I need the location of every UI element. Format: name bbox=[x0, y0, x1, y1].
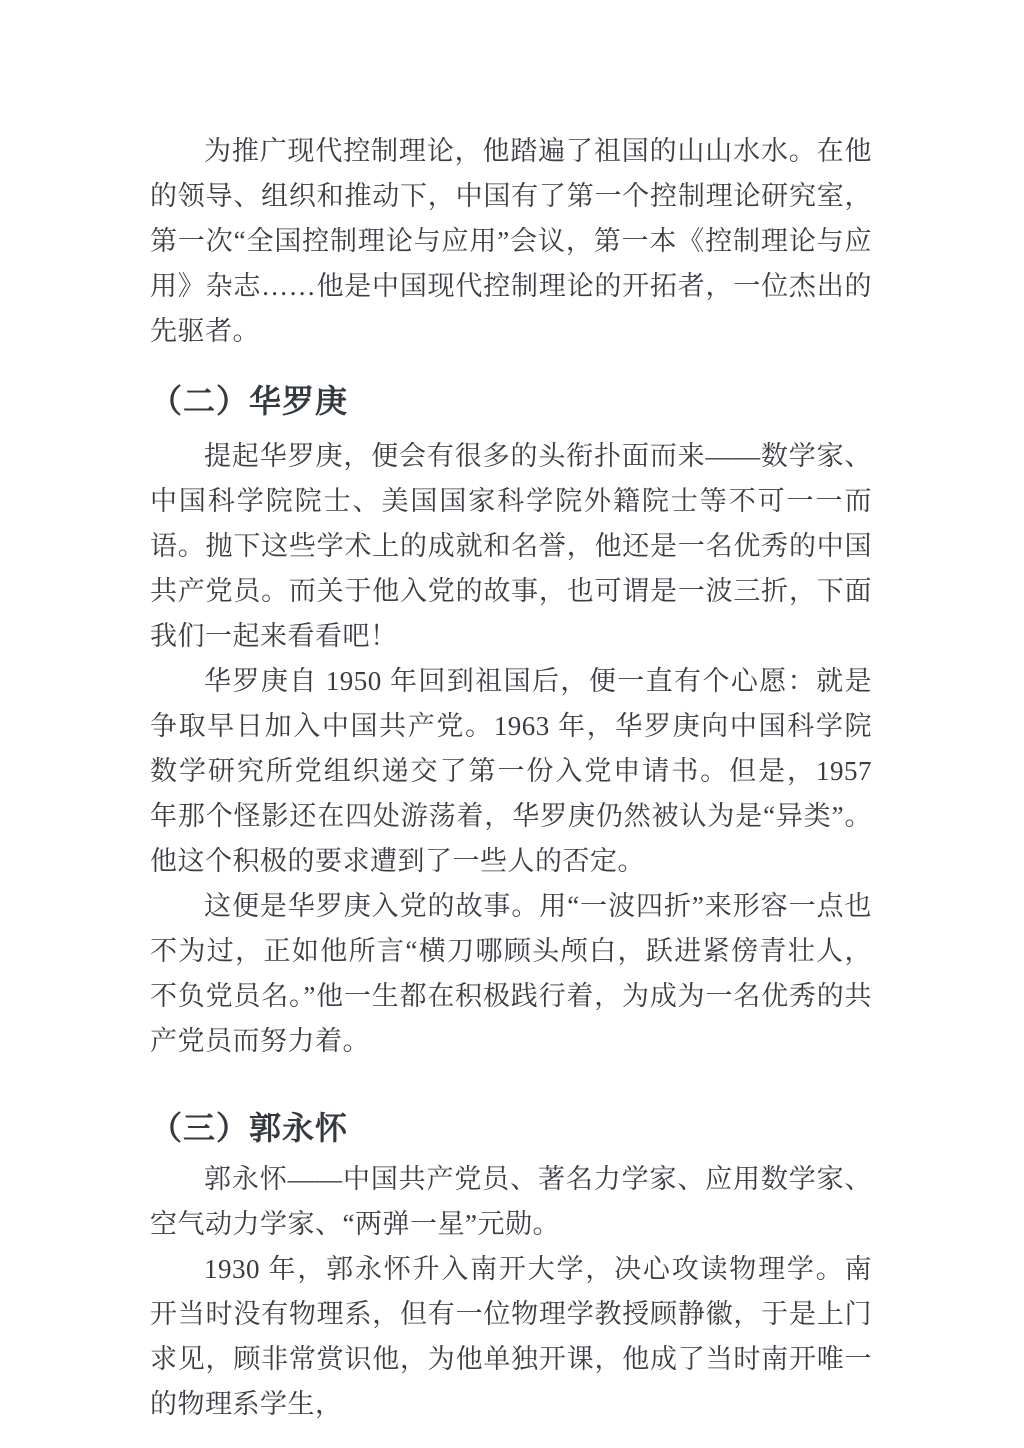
paragraph-hua-luogeng-party-story: 这便是华罗庚入党的故事。用“一波四折”来形容一点也不为过，正如他所言“横刀哪顾头… bbox=[150, 884, 872, 1064]
document-page: 为推广现代控制理论，他踏遍了祖国的山山水水。在他的领导、组织和推动下，中国有了第… bbox=[0, 0, 1024, 1448]
paragraph-guo-yonghuai-nankai: 1930 年，郭永怀升入南开大学，决心攻读物理学。南开当时没有物理系，但有一位物… bbox=[150, 1247, 872, 1427]
paragraph-hua-luogeng-titles: 提起华罗庚，便会有很多的头衔扑面而来——数学家、中国科学院院士、美国国家科学院外… bbox=[150, 434, 872, 659]
heading-section-3-guo-yonghuai: （三）郭永怀 bbox=[150, 1106, 872, 1150]
heading-section-2-hua-luogeng: （二）华罗庚 bbox=[150, 379, 872, 423]
paragraph-guo-yonghuai-titles: 郭永怀——中国共产党员、著名力学家、应用数学家、空气动力学家、“两弹一星”元勋。 bbox=[150, 1157, 872, 1247]
paragraph-hua-luogeng-party-application: 华罗庚自 1950 年回到祖国后，便一直有个心愿：就是争取早日加入中国共产党。1… bbox=[150, 659, 872, 884]
paragraph-control-theory-pioneer: 为推广现代控制理论，他踏遍了祖国的山山水水。在他的领导、组织和推动下，中国有了第… bbox=[150, 129, 872, 354]
